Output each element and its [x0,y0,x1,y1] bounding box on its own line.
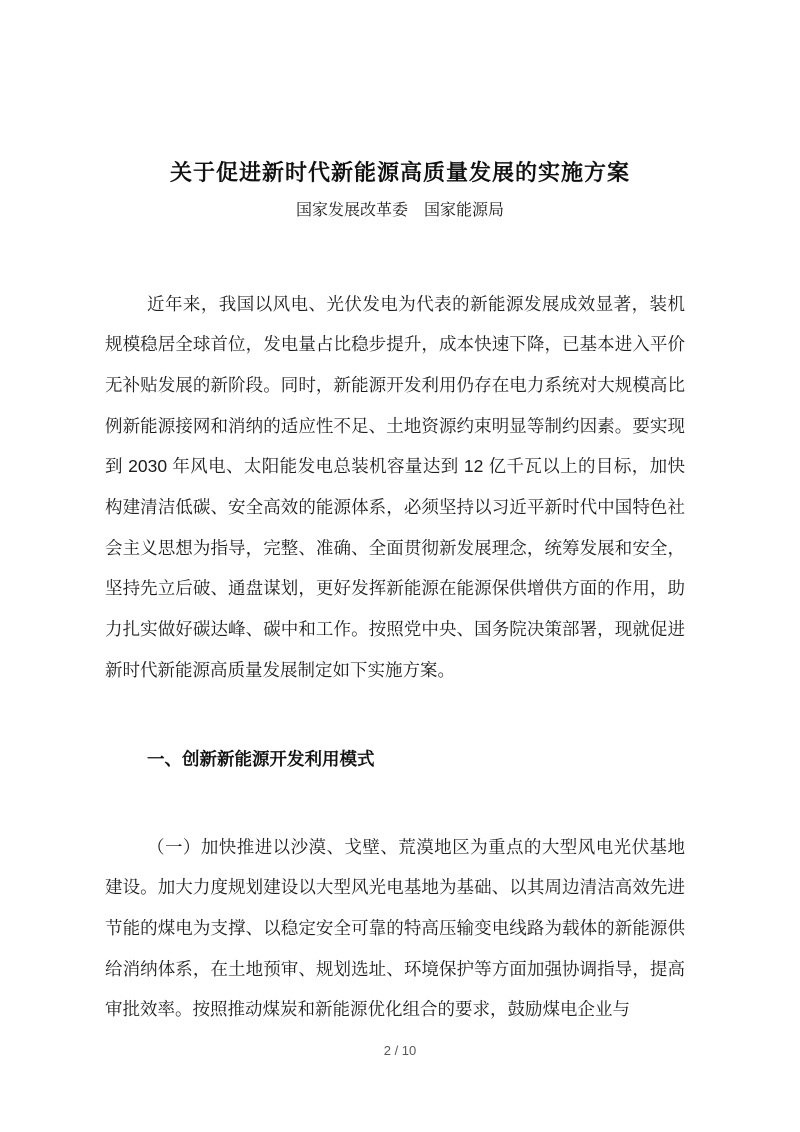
document-byline: 国家发展改革委 国家能源局 [0,197,800,220]
document-title: 关于促进新时代新能源高质量发展的实施方案 [0,156,800,187]
section-heading: 一、创新新能源开发利用模式 [105,739,685,780]
page-number-indicator: 2 / 10 [0,1043,800,1058]
intro-paragraph: 近年来，我国以风电、光伏发电为代表的新能源发展成效显著，装机规模稳居全球首位，发… [105,284,685,691]
section-paragraph: （一）加快推进以沙漠、戈壁、荒漠地区为重点的大型风电光伏基地建设。加大力度规划建… [105,827,685,1031]
document-page: 关于促进新时代新能源高质量发展的实施方案 国家发展改革委 国家能源局 近年来，我… [0,0,800,1132]
